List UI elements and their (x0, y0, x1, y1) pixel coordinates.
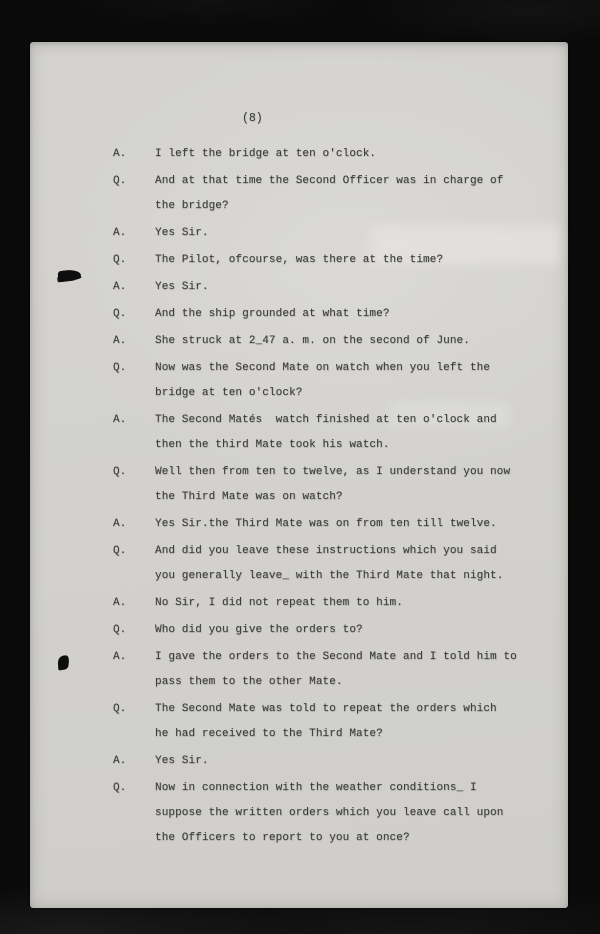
entry-lines: And the ship grounded at what time? (155, 302, 540, 327)
qa-entry: A. Yes Sir. (113, 749, 540, 774)
speaker-label: A. (113, 329, 155, 354)
transcript-line: No Sir, I did not repeat them to him. (155, 591, 540, 616)
transcript-line: Now was the Second Mate on watch when yo… (155, 356, 540, 381)
entry-lines: Yes Sir.the Third Mate was on from ten t… (155, 512, 540, 537)
entry-lines: Who did you give the orders to? (155, 618, 540, 643)
transcript-line: you generally leave_ with the Third Mate… (155, 564, 540, 589)
entry-lines: Yes Sir. (155, 749, 540, 774)
speaker-label: Q. (113, 460, 155, 485)
speaker-label: Q. (113, 169, 155, 194)
transcript-line: Who did you give the orders to? (155, 618, 540, 643)
qa-entry: A. The Second Matés watch finished at te… (113, 408, 540, 458)
speaker-label: A. (113, 591, 155, 616)
transcript-line: he had received to the Third Mate? (155, 722, 540, 747)
transcript-line: She struck at 2_47 a. m. on the second o… (155, 329, 540, 354)
transcript: A. I left the bridge at ten o'clock. Q. … (113, 142, 540, 853)
entry-lines: And at that time the Second Officer was … (155, 169, 540, 219)
transcript-line: The Pilot, ofcourse, was there at the ti… (155, 248, 540, 273)
entry-lines: No Sir, I did not repeat them to him. (155, 591, 540, 616)
page-number: (8) (242, 112, 263, 126)
entry-lines: Well then from ten to twelve, as I under… (155, 460, 540, 510)
qa-entry: A. Yes Sir. (113, 275, 540, 300)
transcript-line: then the third Mate took his watch. (155, 433, 540, 458)
transcript-line: Now in connection with the weather condi… (155, 776, 540, 801)
transcript-line: Well then from ten to twelve, as I under… (155, 460, 540, 485)
qa-entry: Q. Who did you give the orders to? (113, 618, 540, 643)
speaker-label: A. (113, 142, 155, 167)
qa-entry: A. I gave the orders to the Second Mate … (113, 645, 540, 695)
speaker-label: Q. (113, 618, 155, 643)
speaker-label: A. (113, 645, 155, 670)
entry-lines: The Second Matés watch finished at ten o… (155, 408, 540, 458)
transcript-line: Yes Sir. (155, 749, 540, 774)
entry-lines: Yes Sir. (155, 275, 540, 300)
transcript-line: suppose the written orders which you lea… (155, 801, 540, 826)
speaker-label: Q. (113, 356, 155, 381)
transcript-line: Yes Sir.the Third Mate was on from ten t… (155, 512, 540, 537)
speaker-label: A. (113, 512, 155, 537)
transcript-line: the Officers to report to you at once? (155, 826, 540, 851)
entry-lines: The Pilot, ofcourse, was there at the ti… (155, 248, 540, 273)
entry-lines: Now in connection with the weather condi… (155, 776, 540, 851)
speaker-label: Q. (113, 248, 155, 273)
transcript-line: And the ship grounded at what time? (155, 302, 540, 327)
qa-entry: A. Yes Sir. (113, 221, 540, 246)
entry-lines: The Second Mate was told to repeat the o… (155, 697, 540, 747)
entry-lines: I gave the orders to the Second Mate and… (155, 645, 540, 695)
speaker-label: Q. (113, 539, 155, 564)
entry-lines: Now was the Second Mate on watch when yo… (155, 356, 540, 406)
speaker-label: A. (113, 221, 155, 246)
transcript-line: And at that time the Second Officer was … (155, 169, 540, 194)
transcript-line: bridge at ten o'clock? (155, 381, 540, 406)
qa-entry: Q. And the ship grounded at what time? (113, 302, 540, 327)
document-page: (8) A. I left the bridge at ten o'clock.… (30, 42, 568, 908)
transcript-line: I gave the orders to the Second Mate and… (155, 645, 540, 670)
entry-lines: I left the bridge at ten o'clock. (155, 142, 540, 167)
qa-entry: Q. Now was the Second Mate on watch when… (113, 356, 540, 406)
transcript-line: I left the bridge at ten o'clock. (155, 142, 540, 167)
qa-entry: Q. The Second Mate was told to repeat th… (113, 697, 540, 747)
qa-entry: Q. And at that time the Second Officer w… (113, 169, 540, 219)
qa-entry: A. Yes Sir.the Third Mate was on from te… (113, 512, 540, 537)
qa-entry: Q. And did you leave these instructions … (113, 539, 540, 589)
transcript-line: Yes Sir. (155, 221, 540, 246)
transcript-line: the bridge? (155, 194, 540, 219)
speaker-label: Q. (113, 776, 155, 801)
scan-background: (8) A. I left the bridge at ten o'clock.… (0, 0, 600, 934)
transcript-line: The Second Matés watch finished at ten o… (155, 408, 540, 433)
entry-lines: And did you leave these instructions whi… (155, 539, 540, 589)
speaker-label: Q. (113, 697, 155, 722)
qa-entry: Q. Well then from ten to twelve, as I un… (113, 460, 540, 510)
transcript-line: Yes Sir. (155, 275, 540, 300)
qa-entry: A. No Sir, I did not repeat them to him. (113, 591, 540, 616)
qa-entry: Q. The Pilot, ofcourse, was there at the… (113, 248, 540, 273)
qa-entry: A. I left the bridge at ten o'clock. (113, 142, 540, 167)
transcript-line: And did you leave these instructions whi… (155, 539, 540, 564)
speaker-label: A. (113, 408, 155, 433)
speaker-label: A. (113, 749, 155, 774)
speaker-label: A. (113, 275, 155, 300)
entry-lines: Yes Sir. (155, 221, 540, 246)
transcript-line: The Second Mate was told to repeat the o… (155, 697, 540, 722)
speaker-label: Q. (113, 302, 155, 327)
qa-entry: Q. Now in connection with the weather co… (113, 776, 540, 851)
transcript-line: the Third Mate was on watch? (155, 485, 540, 510)
transcript-line: pass them to the other Mate. (155, 670, 540, 695)
entry-lines: She struck at 2_47 a. m. on the second o… (155, 329, 540, 354)
qa-entry: A. She struck at 2_47 a. m. on the secon… (113, 329, 540, 354)
